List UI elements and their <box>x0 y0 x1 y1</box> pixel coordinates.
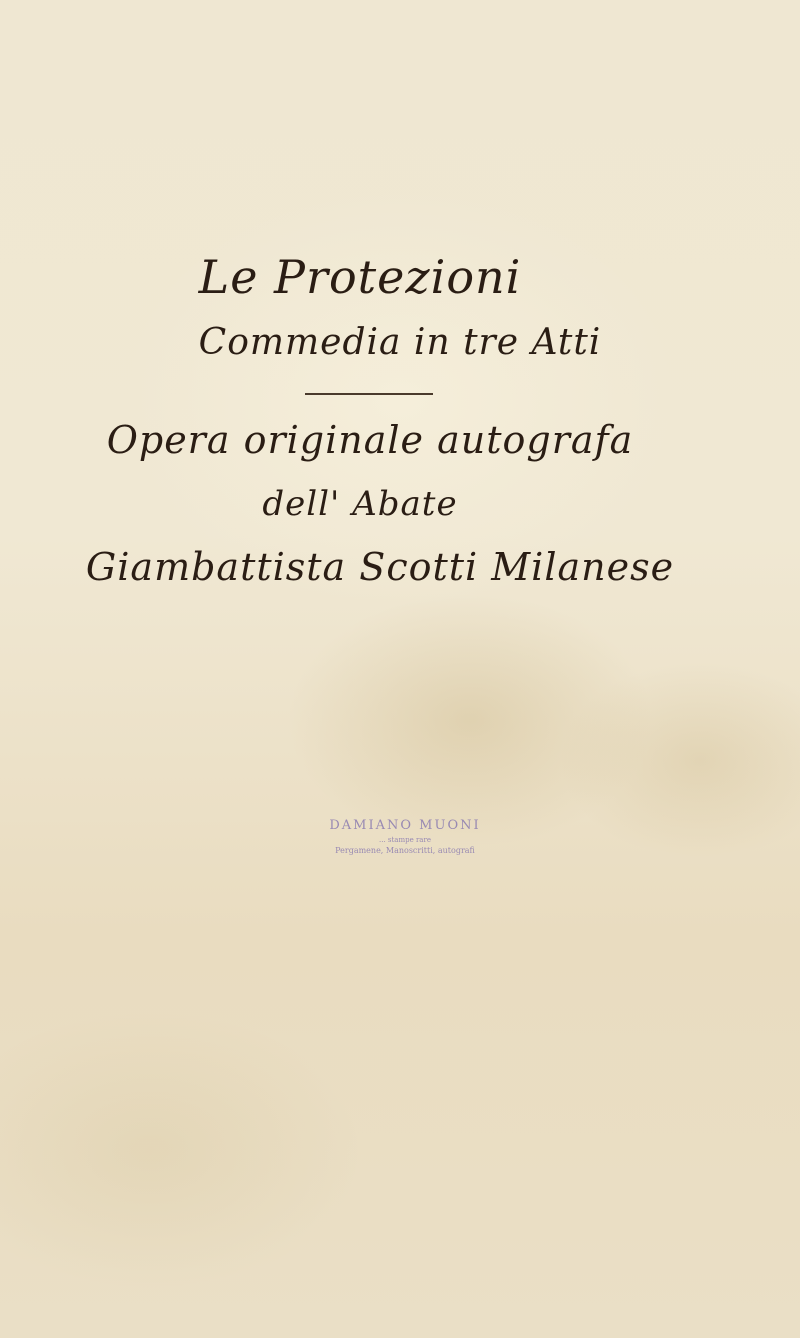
stamp-name: DAMIANO MUONI <box>320 818 490 833</box>
author: Giambattista Scotti Milanese <box>0 545 780 589</box>
collector-stamp: DAMIANO MUONI ... stampe rare Pergamene,… <box>320 818 490 855</box>
description: Opera originale autografa <box>0 418 770 462</box>
divider <box>305 393 433 395</box>
title: Le Protezioni <box>0 250 760 304</box>
subtitle: Commedia in tre Atti <box>0 322 800 363</box>
attribution: dell' Abate <box>0 484 760 524</box>
stamp-line-2: ... stampe rare <box>320 836 490 844</box>
manuscript-page: Le Protezioni Commedia in tre Atti Opera… <box>0 0 800 1338</box>
stamp-line-3: Pergamene, Manoscritti, autografi <box>320 846 490 855</box>
